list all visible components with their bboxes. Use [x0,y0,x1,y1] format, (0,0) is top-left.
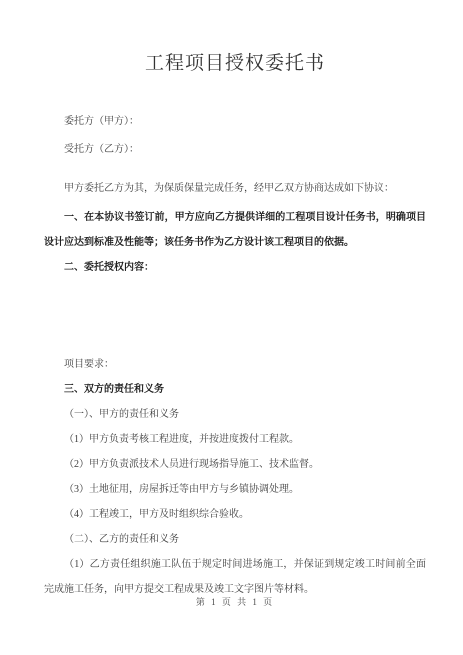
party-a-duty-item-2: （2）甲方负责派技术人员进行现场指导施工、技术监督。 [44,452,426,477]
party-a-duty-item-4: （4）工程竣工，甲方及时组织综合验收。 [44,502,426,527]
intro-paragraph: 甲方委托乙方为其，为保质保量完成任务，经甲乙双方协商达成如下协议： [44,176,426,201]
party-b-duty-item-1: （1）乙方责任组织施工队伍于规定时间进场施工，并保证到规定竣工时间前全面完成施工… [44,552,426,602]
clause-3-heading: 三、双方的责任和义务 [44,377,426,402]
document-title: 工程项目授权委托书 [44,0,426,78]
party-b-duties-heading: （二）、乙方的责任和义务 [44,527,426,552]
project-requirements-label: 项目要求： [44,352,426,377]
clause-1-paragraph: 一、在本协议书签订前，甲方应向乙方提供详细的工程项目设计任务书，明确项目设计应达… [44,205,426,255]
party-a-label: 委托方（甲方）： [44,108,426,136]
party-a-duty-item-3: （3）土地征用，房屋拆迁等由甲方与乡镇协调处理。 [44,477,426,502]
document-page: 工程项目授权委托书 委托方（甲方）： 受托方（乙方）： 甲方委托乙方为其，为保质… [0,0,463,655]
party-a-duty-item-1: （1）甲方负责考核工程进度，并按进度拨付工程款。 [44,427,426,452]
clause-2-heading: 二、委托授权内容： [44,255,426,280]
party-b-label: 受托方（乙方）： [44,136,426,164]
party-a-duties-heading: （一）、甲方的责任和义务 [44,402,426,427]
authorization-content-blank-area [44,280,426,352]
